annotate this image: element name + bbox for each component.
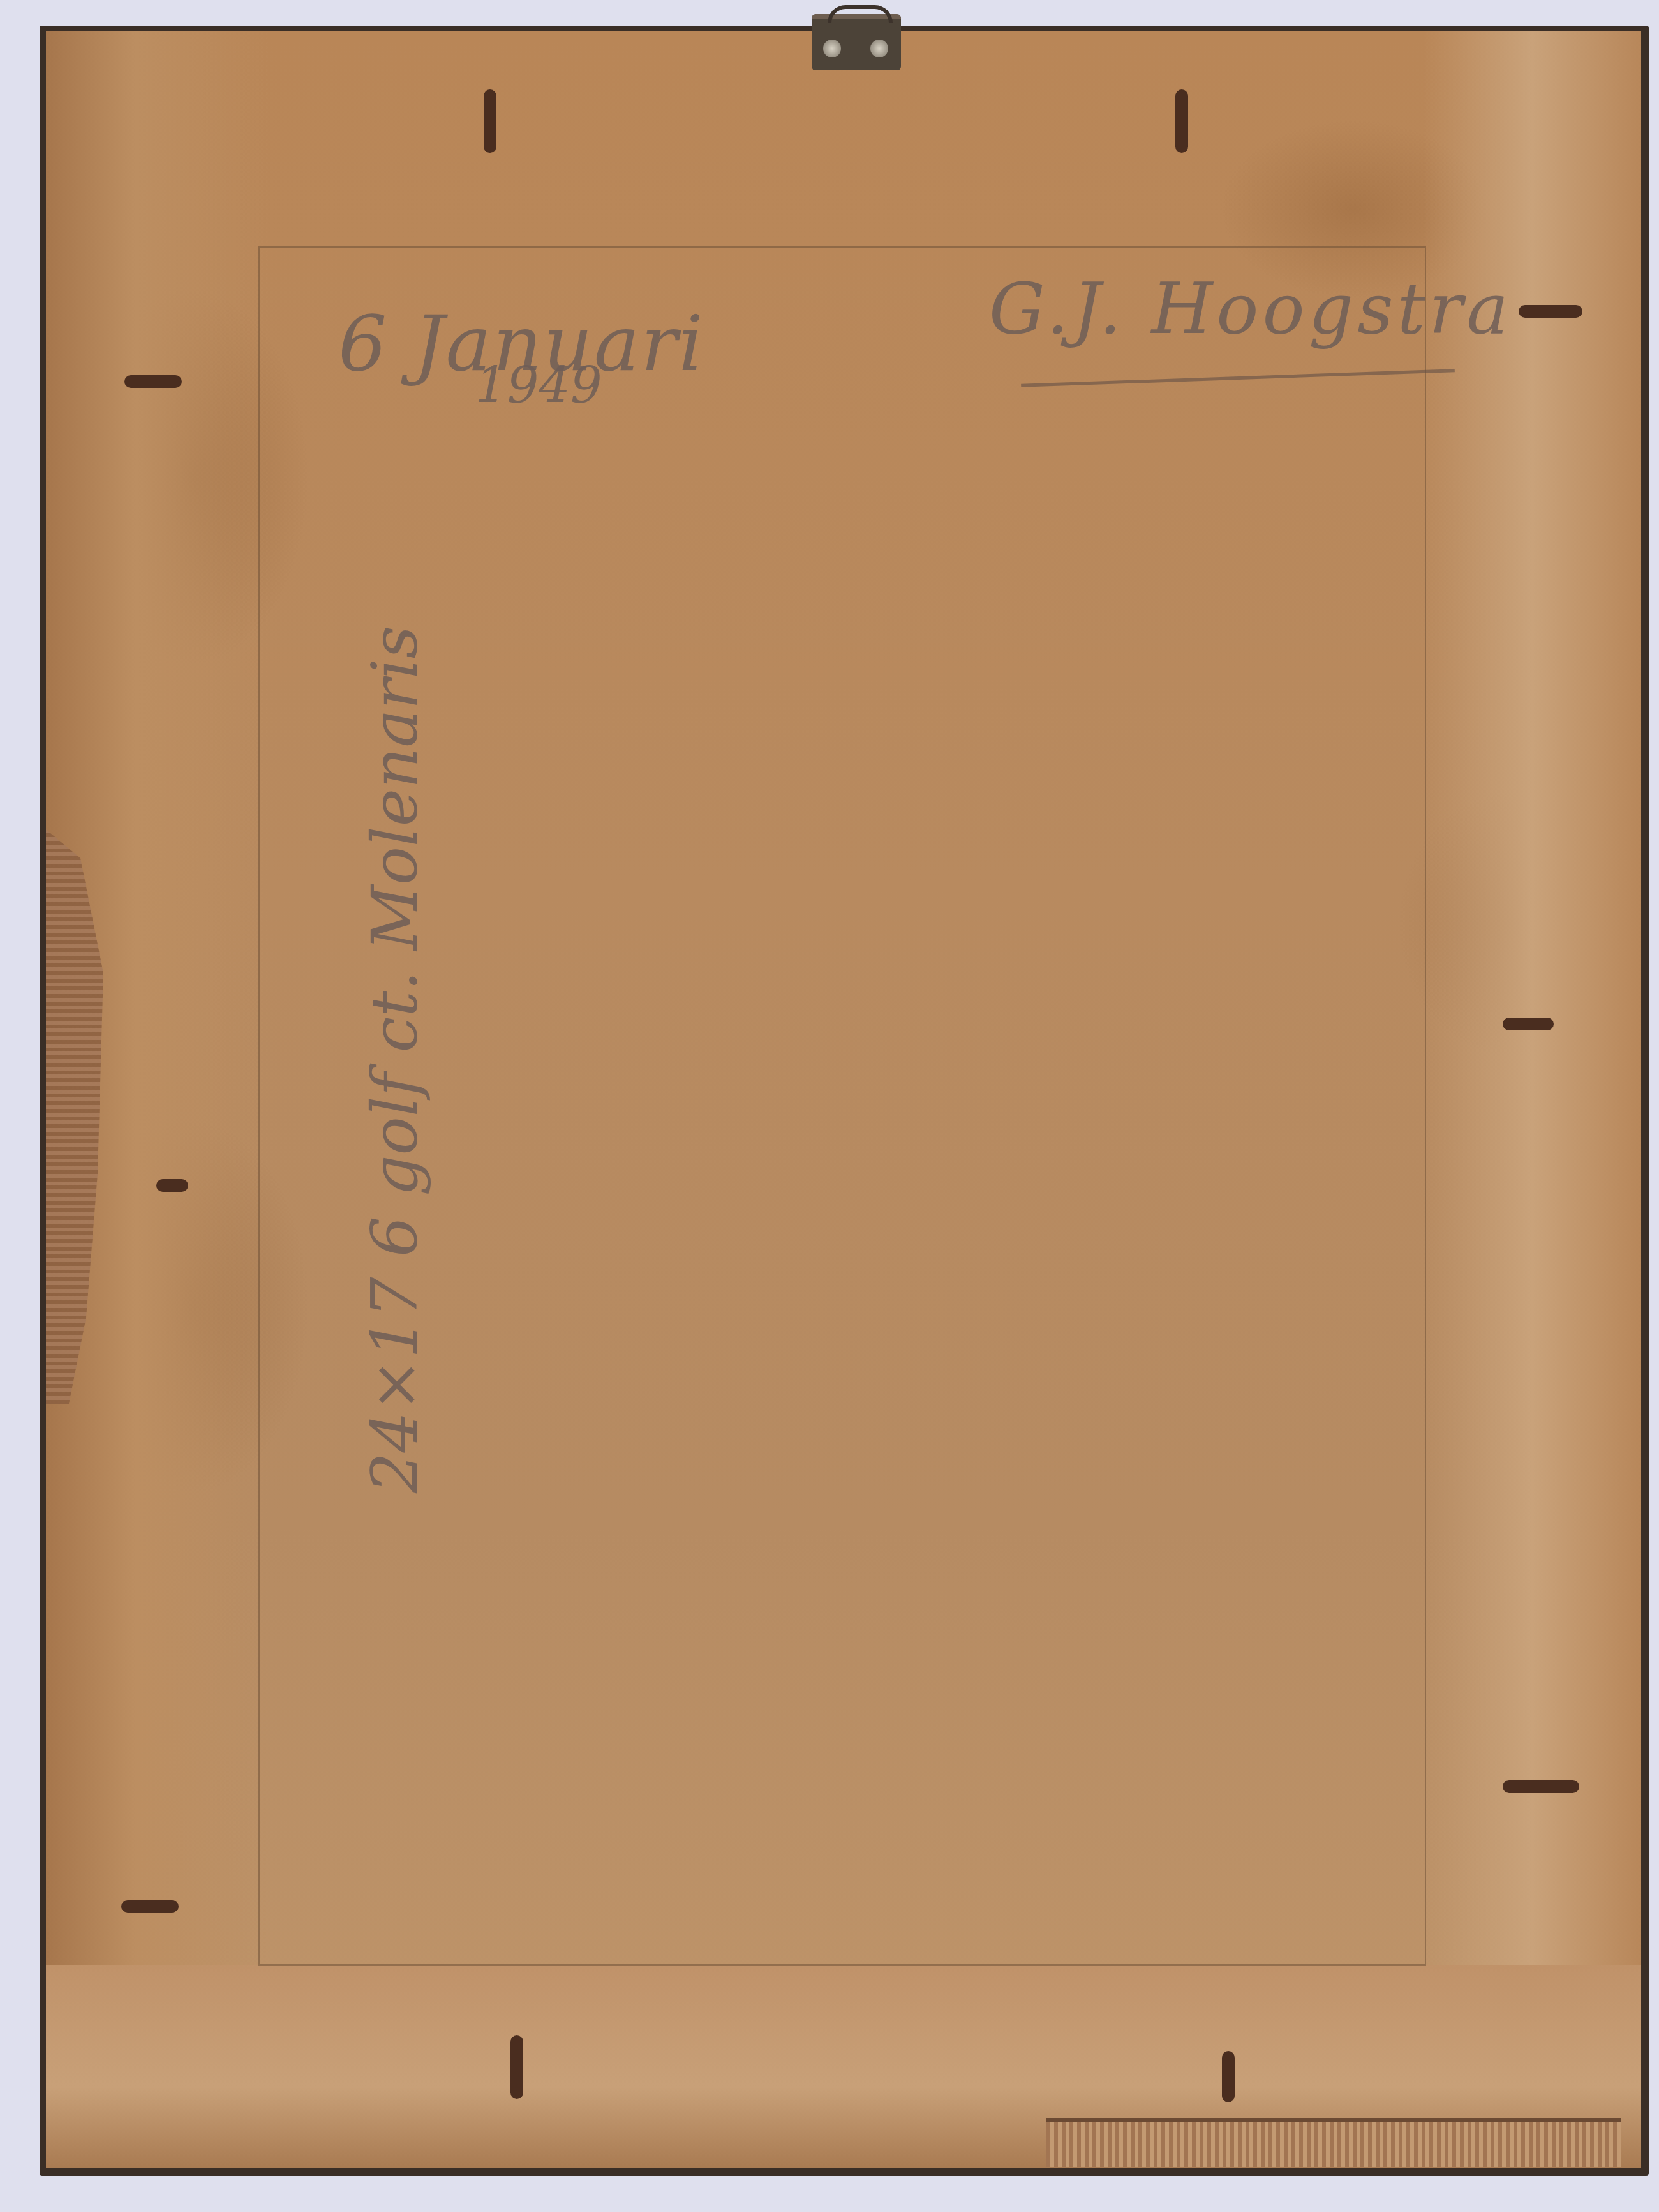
nail-icon: [124, 375, 182, 388]
inscription-dimensions-note: 24×17 6 golf ct. Molenaris: [357, 626, 432, 1493]
inscription-signature: G.J. Hoogstra: [989, 268, 1512, 350]
nail-icon: [156, 1179, 188, 1192]
inner-pencil-border: [258, 246, 1426, 1966]
nail-icon: [1503, 1780, 1579, 1793]
nail-icon: [1222, 2051, 1235, 2102]
screw-icon: [870, 40, 888, 57]
nail-icon: [510, 2035, 523, 2099]
backing-right-margin: [1423, 31, 1641, 2168]
hanger-icon: [812, 14, 901, 70]
hanger-wire: [828, 5, 893, 23]
nail-icon: [121, 1900, 179, 1913]
inscription-date-year: 1949: [475, 357, 602, 415]
screw-icon: [823, 40, 841, 57]
torn-paper-bottom-edge: [1046, 2118, 1621, 2167]
nail-icon: [1503, 1018, 1554, 1030]
nail-icon: [1519, 305, 1582, 318]
nail-icon: [484, 89, 496, 153]
nail-icon: [1175, 89, 1188, 153]
